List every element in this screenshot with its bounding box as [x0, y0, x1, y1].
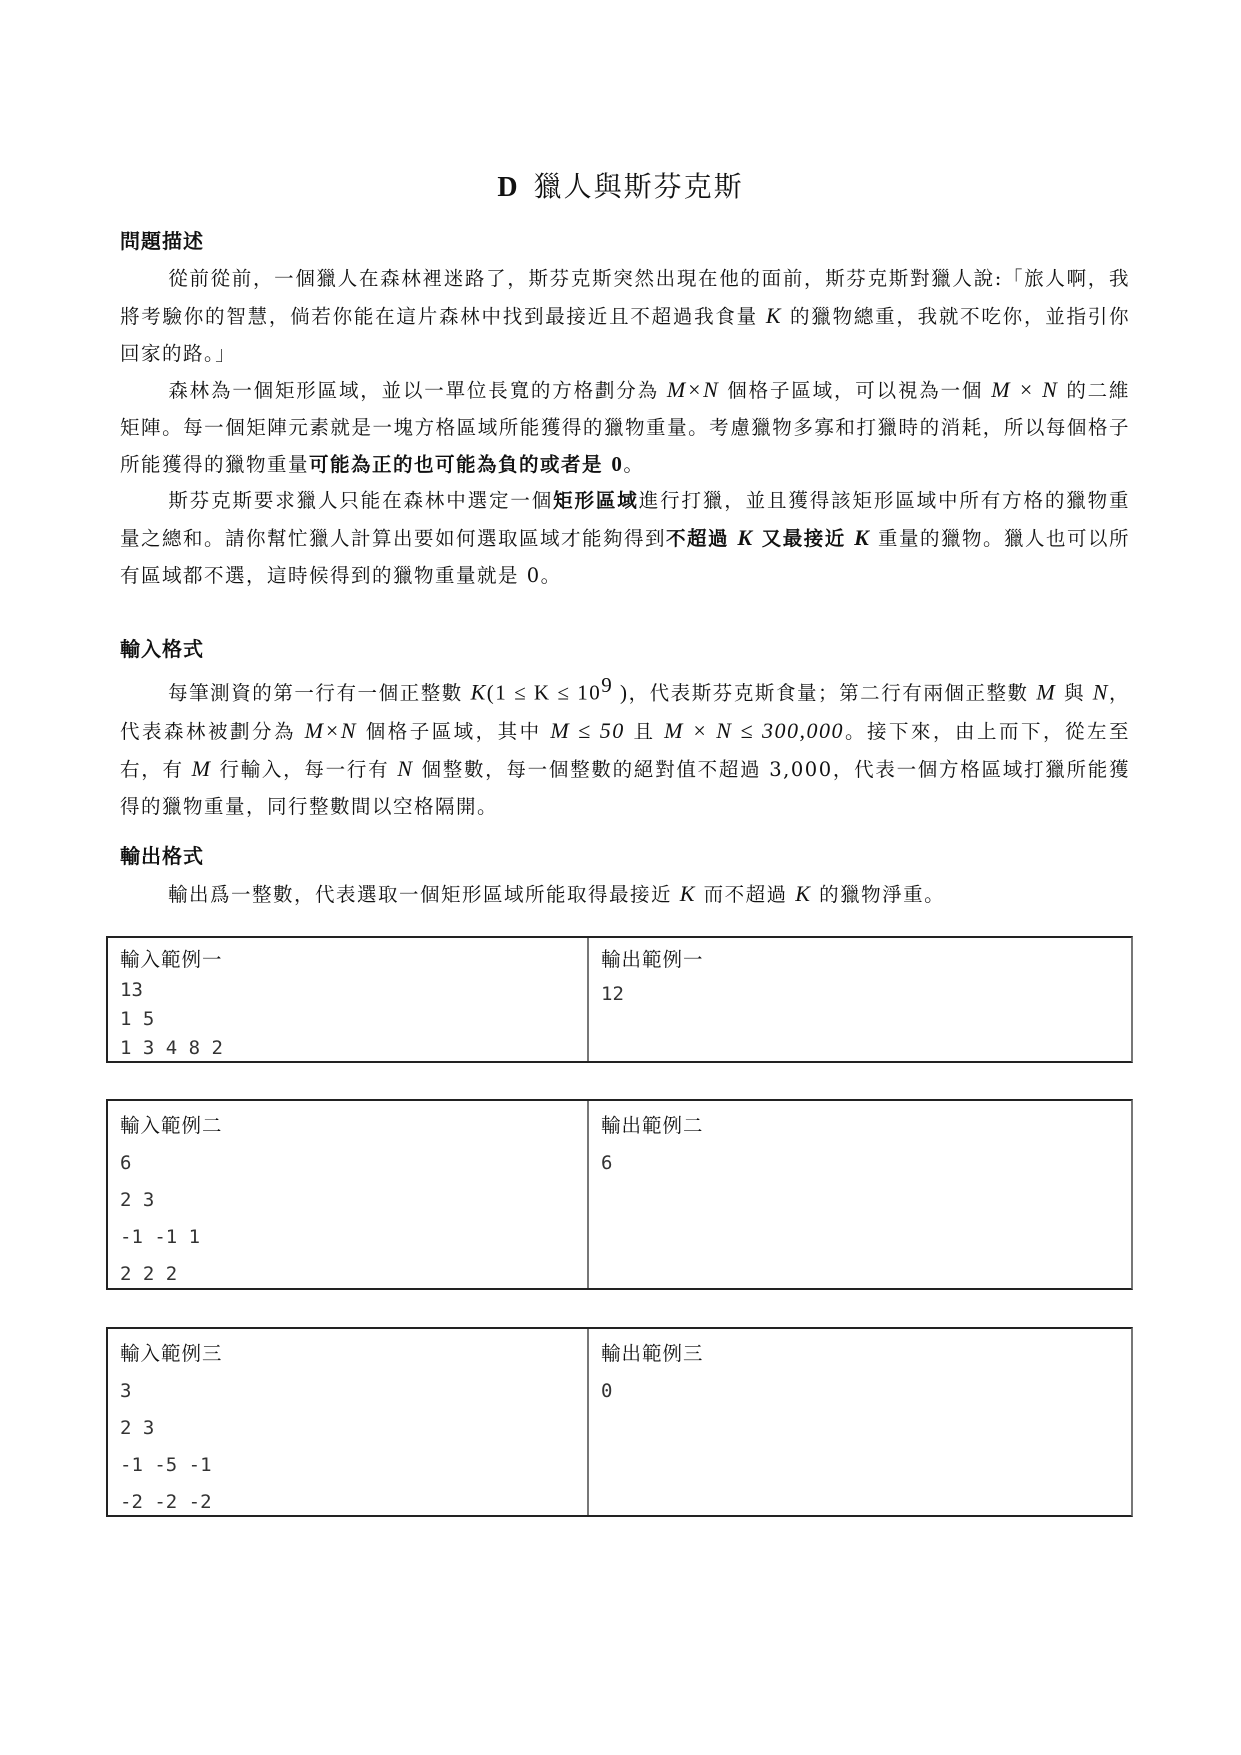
example-1-input: 輸入範例一 13 1 5 1 3 4 8 2 — [108, 938, 589, 1061]
example-table-3: 輸入範例三 3 2 3 -1 -5 -1 -2 -2 -2 輸出範例三 0 — [106, 1327, 1133, 1517]
example-2-input: 輸入範例二 6 2 3 -1 -1 1 2 2 2 — [108, 1101, 589, 1288]
example-1-output-label: 輸出範例一 — [601, 944, 1119, 976]
example-3-input-line: 2 3 — [120, 1410, 575, 1447]
example-1-input-line: 1 3 4 8 2 — [120, 1034, 575, 1063]
example-2-input-line: 2 3 — [120, 1182, 575, 1219]
example-2-output-label: 輸出範例二 — [601, 1107, 1119, 1145]
example-2-input-label: 輸入範例二 — [120, 1107, 575, 1145]
example-3-input-line: -1 -5 -1 — [120, 1447, 575, 1484]
description-paragraph-1: 從前從前，一個獵人在森林裡迷路了，斯芬克斯突然出現在他的面前，斯芬克斯對獵人說:… — [120, 260, 1130, 372]
output-format-paragraph: 輸出爲一整數，代表選取一個矩形區域所能取得最接近 K 而不超過 K 的獵物淨重。 — [120, 875, 1130, 913]
example-2-output-line: 6 — [601, 1145, 1119, 1182]
example-1-input-line: 1 5 — [120, 1005, 575, 1034]
problem-title: D獵人與斯芬克斯 — [0, 165, 1241, 205]
example-table-2: 輸入範例二 6 2 3 -1 -1 1 2 2 2 輸出範例二 6 — [106, 1099, 1133, 1290]
example-3-input-label: 輸入範例三 — [120, 1335, 575, 1373]
example-2-output: 輸出範例二 6 — [589, 1101, 1131, 1288]
output-format-heading: 輸出格式 — [120, 840, 204, 869]
description-paragraph-2: 森林為一個矩形區域，並以一單位長寬的方格劃分為 M×N 個格子區域，可以視為一個… — [120, 371, 1130, 483]
example-table-1: 輸入範例一 13 1 5 1 3 4 8 2 輸出範例一 12 — [106, 936, 1133, 1063]
example-2-input-line: 6 — [120, 1145, 575, 1182]
input-format-paragraph: 每筆測資的第一行有一個正整數 K(1 ≤ K ≤ 109 )，代表斯芬克斯食量；… — [120, 667, 1130, 825]
example-3-input-line: -2 -2 -2 — [120, 1484, 575, 1521]
example-1-output-line: 12 — [601, 980, 1119, 1009]
example-2-input-line: 2 2 2 — [120, 1256, 575, 1293]
problem-name: 獵人與斯芬克斯 — [534, 170, 744, 203]
example-2-input-line: -1 -1 1 — [120, 1219, 575, 1256]
example-3-input: 輸入範例三 3 2 3 -1 -5 -1 -2 -2 -2 — [108, 1329, 589, 1515]
example-1-output: 輸出範例一 12 — [589, 938, 1131, 1061]
description-paragraph-3: 斯芬克斯要求獵人只能在森林中選定一個矩形區域進行打獵，並且獲得該矩形區域中所有方… — [120, 482, 1130, 594]
example-3-output-line: 0 — [601, 1373, 1119, 1410]
input-format-heading: 輸入格式 — [120, 633, 204, 662]
description-heading: 問題描述 — [120, 225, 204, 254]
example-3-input-line: 3 — [120, 1373, 575, 1410]
document-page: D獵人與斯芬克斯 問題描述 從前從前，一個獵人在森林裡迷路了，斯芬克斯突然出現在… — [0, 0, 1241, 1755]
example-1-input-line: 13 — [120, 976, 575, 1005]
example-3-output-label: 輸出範例三 — [601, 1335, 1119, 1373]
example-3-output: 輸出範例三 0 — [589, 1329, 1131, 1515]
problem-letter: D — [497, 172, 519, 203]
example-1-input-label: 輸入範例一 — [120, 944, 575, 976]
